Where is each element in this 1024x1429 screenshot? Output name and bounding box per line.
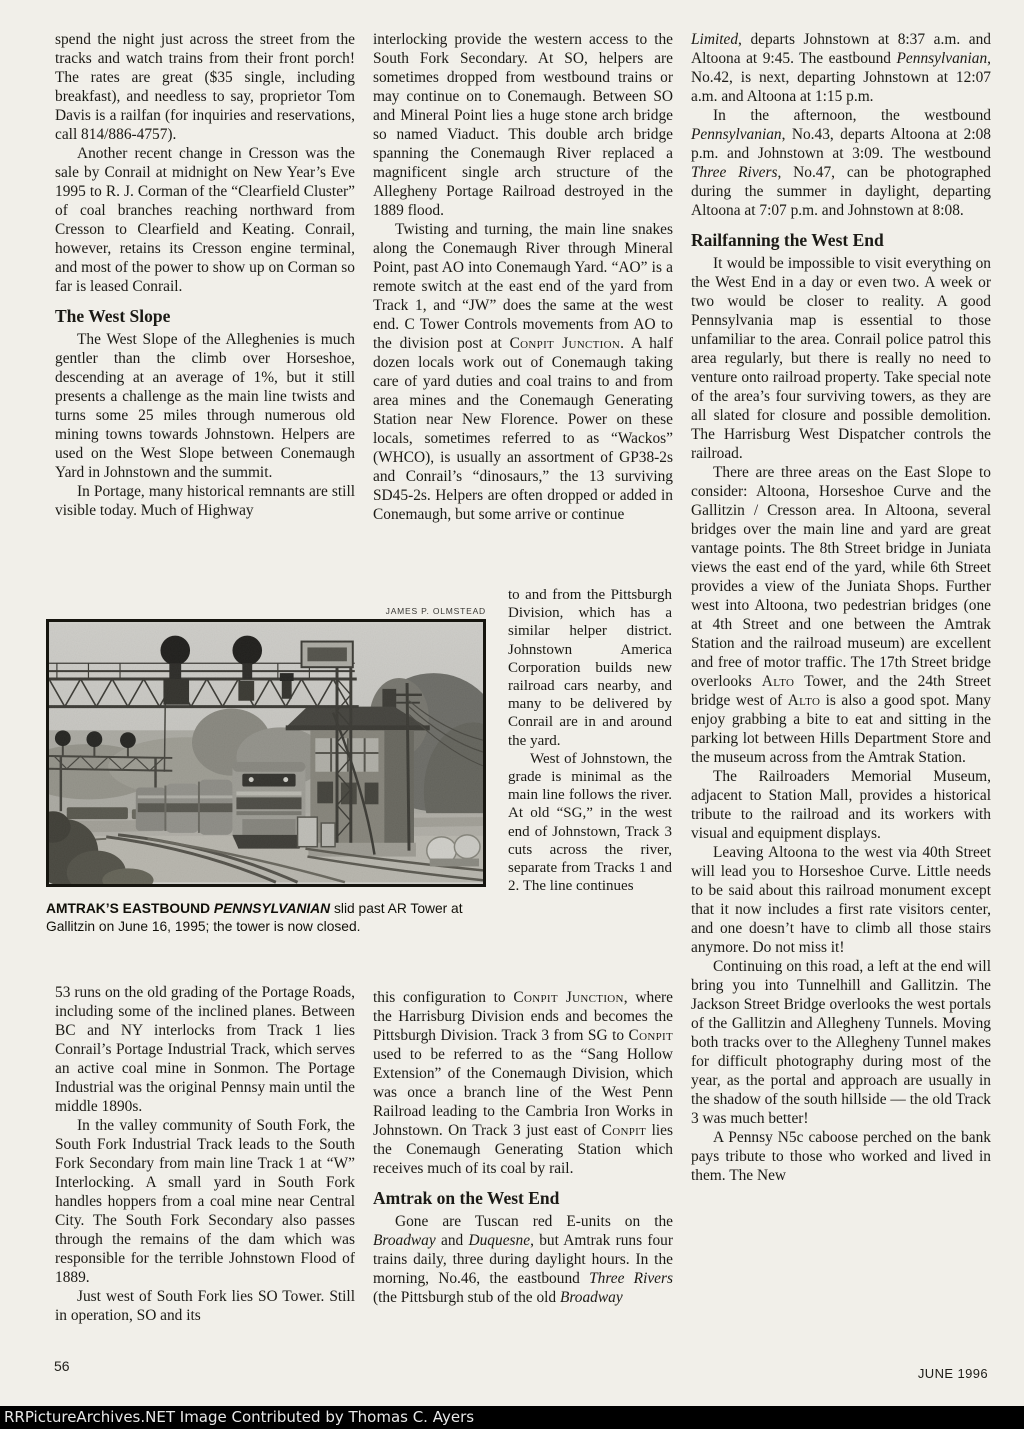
paragraph: In the afternoon, the westbound Pennsylv… [691, 106, 991, 220]
paragraph: There are three areas on the East Slope … [691, 463, 991, 767]
page-number: 56 [54, 1358, 70, 1374]
section-heading-west-slope: The West Slope [55, 306, 355, 326]
photo-credit: JAMES P. OLMSTEAD [46, 606, 486, 616]
photo-block: JAMES P. OLMSTEAD [46, 606, 488, 935]
paragraph: Continuing on this road, a left at the e… [691, 957, 991, 1128]
paragraph: It would be impossible to visit everythi… [691, 254, 991, 463]
column-2-top: interlocking provide the western access … [373, 30, 673, 524]
paragraph: spend the night just across the street f… [55, 30, 355, 144]
magazine-page: spend the night just across the street f… [0, 0, 1024, 1429]
paragraph: Gone are Tuscan red E-units on the Broad… [373, 1212, 673, 1307]
paragraph: 53 runs on the old grading of the Portag… [55, 983, 355, 1116]
paragraph: Just west of South Fork lies SO Tower. S… [55, 1287, 355, 1325]
column-2-bottom: this configuration to Conpit Junction, w… [373, 988, 673, 1307]
column-1-bottom: 53 runs on the old grading of the Portag… [55, 983, 355, 1325]
paragraph: interlocking provide the western access … [373, 30, 673, 220]
photo-caption: AMTRAK’S EASTBOUND PENNSYLVANIAN slid pa… [46, 900, 488, 935]
caption-train-name: PENNSYLVANIAN [214, 901, 330, 916]
paragraph: to and from the Pittsburgh Division, whi… [508, 586, 672, 750]
column-1-top: spend the night just across the street f… [55, 30, 355, 520]
issue-date: JUNE 1996 [918, 1366, 988, 1381]
paragraph: In the valley community of South Fork, t… [55, 1116, 355, 1287]
paragraph: West of Johnstown, the grade is minimal … [508, 750, 672, 896]
column-2-narrow: to and from the Pittsburgh Division, whi… [508, 586, 672, 895]
train-photo-illustration [49, 622, 483, 884]
paragraph: Leaving Altoona to the west via 40th Str… [691, 843, 991, 957]
paragraph: In Portage, many historical remnants are… [55, 482, 355, 520]
section-heading-amtrak-west-end: Amtrak on the West End [373, 1188, 673, 1208]
paragraph: Another recent change in Cresson was the… [55, 144, 355, 296]
paragraph: Limited, departs Johnstown at 8:37 a.m. … [691, 30, 991, 106]
paragraph: Twisting and turning, the main line snak… [373, 220, 673, 524]
paragraph: The Railroaders Memorial Museum, adjacen… [691, 767, 991, 843]
caption-lead: AMTRAK’S EASTBOUND [46, 901, 214, 916]
train-photo [46, 619, 486, 887]
section-heading-railfanning-west-end: Railfanning the West End [691, 230, 991, 250]
paragraph: A Pennsy N5c caboose perched on the bank… [691, 1128, 991, 1185]
column-3: Limited, departs Johnstown at 8:37 a.m. … [691, 30, 991, 1185]
paragraph: this configuration to Conpit Junction, w… [373, 988, 673, 1178]
paragraph: The West Slope of the Alleghenies is muc… [55, 330, 355, 482]
watermark-bar: RRPictureArchives.NET Image Contributed … [0, 1406, 1024, 1429]
